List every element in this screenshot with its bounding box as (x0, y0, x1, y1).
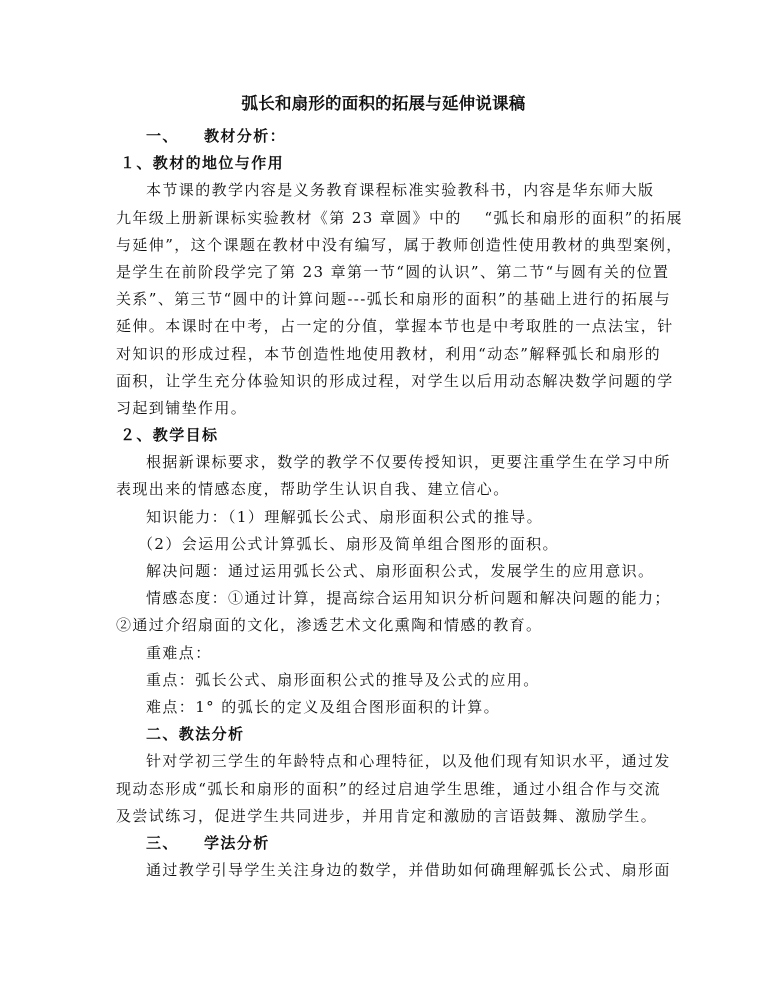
paragraph-line: 本节课的教学内容是义务教育课程标准实验教科书，内容是华东师大版 (116, 177, 661, 204)
paragraph-line: 知识能力：（1）理解弧长公式、扇形面积公式的推导。 (116, 504, 661, 531)
paragraph-line: 面积，让学生充分体验知识的形成过程，对学生以后用动态解决数学问题的学 (116, 368, 661, 395)
section-number: 一、 (116, 123, 204, 150)
section-heading-3: 三、学法分析 (116, 830, 661, 857)
paragraph-line: 根据新课标要求，数学的教学不仅要传授知识，更要注重学生在学习中所 (116, 449, 661, 476)
paragraph-line: 与延伸”，这个课题在教材中没有编写，属于教师创造性使用教材的典型案例， (116, 232, 661, 259)
paragraph-line: 习起到铺垫作用。 (116, 395, 661, 422)
paragraph-line: 延伸。本课时在中考，占一定的分值，掌握本节也是中考取胜的一点法宝，针 (116, 313, 661, 340)
paragraph-line: 重点：弧长公式、扇形面积公式的推导及公式的应用。 (116, 667, 661, 694)
paragraph-line: 是学生在前阶段学完了第 23 章第一节“圆的认识”、第二节“与圆有关的位置 (116, 259, 661, 286)
paragraph-line: 重难点： (116, 640, 661, 667)
section-heading-2: 二、教法分析 (116, 721, 661, 748)
paragraph-line: 及尝试练习，促进学生共同进步，并用肯定和激励的言语鼓舞、激励学生。 (116, 803, 661, 830)
paragraph-line: 现动态形成“弧长和扇形的面积”的经过启迪学生思维，通过小组合作与交流 (116, 776, 661, 803)
section-heading-1: 一、教材分析： (116, 123, 661, 150)
subsection-heading-2: ２、教学目标 (116, 422, 661, 449)
document-page: 弧长和扇形的面积的拓展与延伸说课稿 一、教材分析： １、教材的地位与作用 本节课… (116, 90, 661, 884)
paragraph-line: 解决问题：通过运用弧长公式、扇形面积公式，发展学生的应用意识。 (116, 558, 661, 585)
paragraph-line: 关系”、第三节“圆中的计算问题---弧长和扇形的面积”的基础上进行的拓展与 (116, 286, 661, 313)
paragraph-line: 通过教学引导学生关注身边的数学，并借助如何确理解弧长公式、扇形面 (116, 857, 661, 884)
section-heading-text: 教材分析： (204, 127, 286, 145)
paragraph-line: 情感态度：①通过计算，提高综合运用知识分析问题和解决问题的能力； (116, 585, 661, 612)
section-number: 三、 (116, 830, 204, 857)
subsection-heading-1: １、教材的地位与作用 (116, 150, 661, 177)
paragraph-line: （2）会运用公式计算弧长、扇形及简单组合图形的面积。 (116, 531, 661, 558)
paragraph-line: 对知识的形成过程，本节创造性地使用教材，利用“动态”解释弧长和扇形的 (116, 341, 661, 368)
paragraph-line: 九年级上册新课标实验教材《第 23 章圆》中的 “弧长和扇形的面积”的拓展 (116, 205, 661, 232)
paragraph-line: 针对学初三学生的年龄特点和心理特征，以及他们现有知识水平，通过发 (116, 748, 661, 775)
paragraph-line: 表现出来的情感态度，帮助学生认识自我、建立信心。 (116, 476, 661, 503)
paragraph-line: ②通过介绍扇面的文化，渗透艺术文化熏陶和情感的教育。 (116, 612, 661, 639)
document-title: 弧长和扇形的面积的拓展与延伸说课稿 (106, 90, 661, 118)
section-heading-text: 学法分析 (204, 834, 270, 852)
paragraph-line: 难点：1° 的弧长的定义及组合图形面积的计算。 (116, 694, 661, 721)
